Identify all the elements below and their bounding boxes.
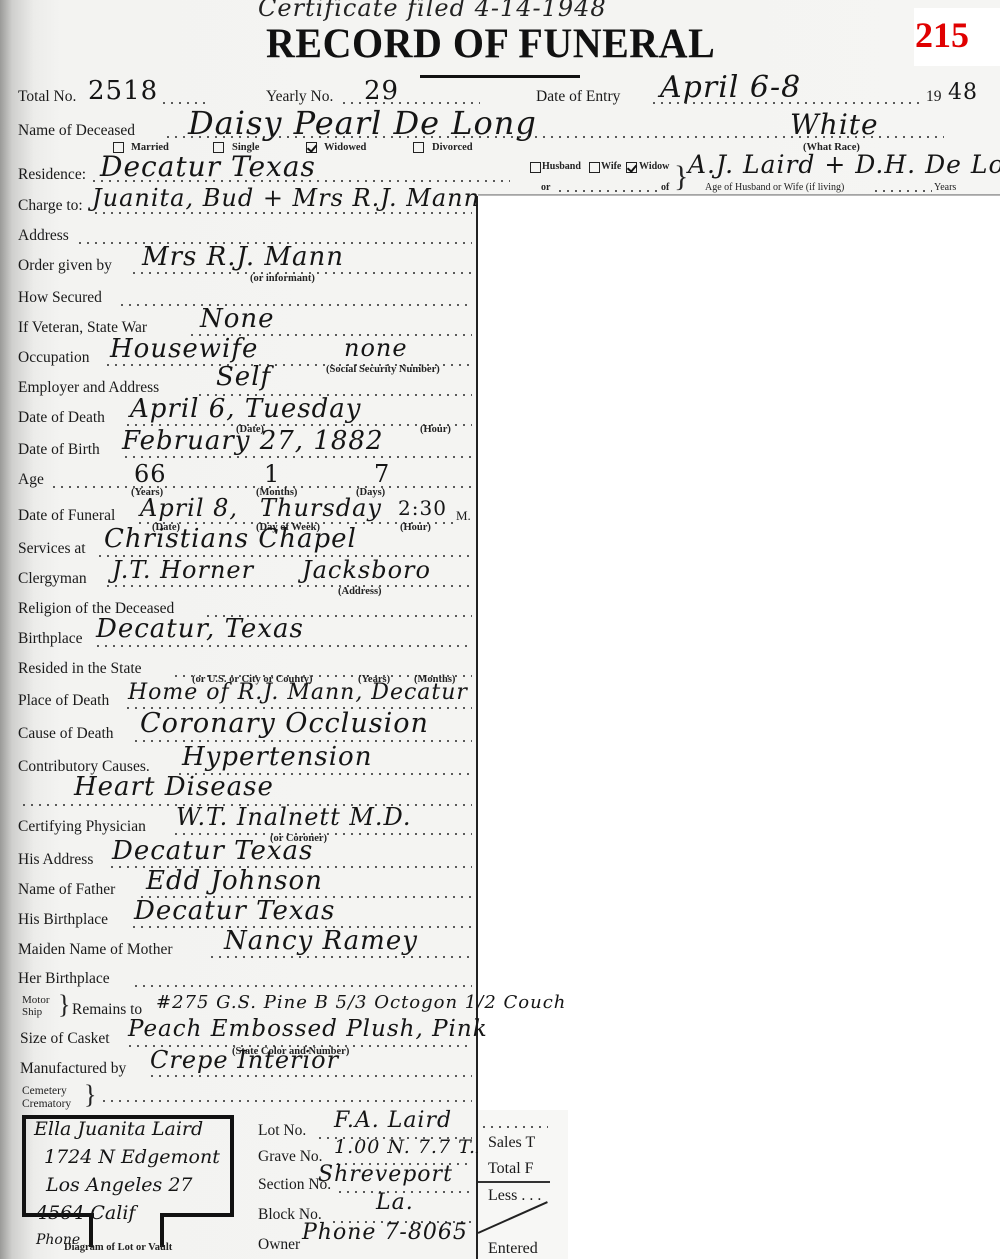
column-divider — [476, 196, 478, 1259]
manufactured-by-value: Crepe Interior — [150, 1046, 339, 1074]
grave-no-value: 1.00 N. 7.7 T.R. — [334, 1136, 498, 1158]
sales-tax-label: Sales T — [488, 1134, 535, 1152]
year-suffix: 48 — [948, 80, 978, 105]
diagram-caption: Diagram of Lot or Vault — [64, 1242, 172, 1253]
address-label: Address — [18, 227, 69, 245]
dotted-line — [100, 1100, 472, 1102]
dotted-line — [208, 956, 472, 958]
date-of-death-value: April 6, Tuesday — [130, 394, 361, 424]
dotted-line — [94, 645, 472, 647]
date-of-entry-label: Date of Entry — [536, 88, 620, 106]
widow-checkbox[interactable] — [626, 162, 637, 173]
crematory-label: Crematory — [22, 1098, 71, 1110]
ssn-value: none — [344, 334, 408, 362]
age-years: 66 — [134, 460, 167, 488]
race-value: White — [790, 108, 879, 141]
title-underline — [420, 75, 580, 78]
contributory-causes-value: Hypertension — [182, 742, 372, 772]
husband-label: Husband — [542, 161, 581, 172]
her-birthplace-label: Her Birthplace — [18, 970, 110, 988]
wife-checkbox[interactable] — [589, 162, 600, 173]
contributory-causes-value-2: Heart Disease — [74, 772, 274, 802]
informant-caption: (or informant) — [250, 273, 315, 284]
dotted-line — [92, 212, 472, 214]
diagram-line-4: 4564 Calif — [36, 1202, 135, 1224]
his-birthplace-value: Decatur Texas — [134, 896, 335, 926]
clergyman-address-caption: (Address) — [338, 586, 382, 597]
remains-to-value: #275 G.S. Pine B 5/3 Octogon 1/2 Couch — [156, 992, 566, 1013]
his-address-value: Decatur Texas — [112, 836, 313, 866]
age-months: 1 — [264, 460, 280, 488]
size-of-casket-value: Peach Embossed Plush, Pink — [128, 1016, 488, 1042]
dotted-line — [556, 190, 662, 192]
owner-value: Phone 7-8065 — [302, 1220, 468, 1245]
diagram-line-3: Los Angeles 27 — [46, 1174, 193, 1196]
date-of-funeral-label: Date of Funeral — [18, 507, 115, 525]
block-no-value: La. — [376, 1190, 414, 1215]
brace: } — [674, 160, 688, 194]
brace: } — [58, 990, 70, 1020]
funeral-hour-caption: (Hour) — [400, 522, 431, 533]
lot-no-label: Lot No. — [258, 1122, 306, 1140]
maiden-name-mother-label: Maiden Name of Mother — [18, 941, 173, 959]
charge-to-value: Juanita, Bud + Mrs R.J. Mann — [92, 184, 480, 212]
motor-label: Motor — [22, 994, 50, 1006]
certifying-physician-value: W.T. Inalnett M.D. — [176, 803, 412, 831]
cause-of-death-value: Coronary Occlusion — [140, 708, 429, 739]
date-of-death-label: Date of Death — [18, 409, 105, 427]
residence-value: Decatur Texas — [100, 150, 316, 183]
brace: } — [84, 1080, 96, 1110]
age-days: 7 — [374, 460, 390, 488]
funeral-m-label: M. — [456, 508, 471, 524]
residence-label: Residence: — [18, 166, 86, 184]
widowed-label: Widowed — [324, 142, 366, 153]
name-of-deceased-label: Name of Deceased — [18, 122, 135, 140]
charge-to-label: Charge to: — [18, 197, 83, 215]
dotted-line — [650, 102, 922, 104]
funeral-hour: 2:30 — [398, 496, 447, 520]
lot-no-value: F.A. Laird — [334, 1108, 452, 1133]
diagram-line-2: 1724 N Edgemont — [44, 1146, 220, 1168]
occupation-label: Occupation — [18, 349, 89, 367]
diagram-line-1: Ella Juanita Laird — [34, 1118, 203, 1140]
place-of-death-value: Home of R.J. Mann, Decatur — [128, 680, 468, 705]
dotted-line — [104, 585, 472, 587]
certifying-physician-label: Certifying Physician — [18, 818, 146, 836]
veteran-value: None — [200, 304, 275, 334]
or-label: or — [541, 182, 550, 193]
order-given-by-value: Mrs R.J. Mann — [142, 242, 344, 272]
right-column-strip — [478, 1110, 568, 1259]
spouse-age-caption: Age of Husband or Wife (if living) — [705, 182, 844, 193]
how-secured-label: How Secured — [18, 289, 102, 307]
birthplace-value: Decatur, Texas — [96, 614, 304, 644]
wife-label: Wife — [601, 161, 621, 172]
ssn-caption: (Social Security Number) — [326, 364, 440, 375]
years-label: Years — [934, 182, 956, 193]
death-hour-caption: (Hour) — [420, 424, 451, 435]
section-no-value: Shreveport — [318, 1162, 453, 1187]
maiden-name-mother-value: Nancy Ramey — [224, 926, 418, 956]
husband-checkbox[interactable] — [530, 162, 541, 173]
funeral-date: April 8, — [140, 494, 238, 522]
employer-value: Self — [216, 362, 271, 392]
size-of-casket-label: Size of Casket — [20, 1030, 110, 1048]
his-birthplace-label: His Birthplace — [18, 911, 108, 929]
total-label: Total F — [488, 1160, 534, 1178]
total-no-value: 2518 — [88, 76, 158, 106]
date-of-birth-label: Date of Birth — [18, 441, 100, 459]
his-address-label: His Address — [18, 851, 93, 869]
cemetery-label: Cemetery — [22, 1085, 67, 1097]
of-label: of — [661, 182, 669, 193]
services-at-label: Services at — [18, 540, 86, 558]
name-of-father-value: Edd Johnson — [146, 866, 323, 896]
rule — [478, 1181, 550, 1183]
less-label: Less . . . — [488, 1187, 541, 1205]
blank-right-panel — [478, 196, 1000, 1259]
order-given-by-label: Order given by — [18, 257, 112, 275]
widow-label: Widow — [639, 161, 669, 172]
age-label: Age — [18, 471, 44, 489]
clergyman-value: J.T. Horner — [112, 556, 254, 584]
owner-label: Owner — [258, 1236, 300, 1254]
divorced-label: Divorced — [432, 142, 473, 153]
clergyman-address: Jacksboro — [302, 556, 431, 584]
dotted-line — [122, 456, 472, 458]
birthplace-label: Birthplace — [18, 630, 83, 648]
dotted-line — [90, 180, 510, 182]
place-of-death-label: Place of Death — [18, 692, 109, 710]
dotted-line — [872, 190, 932, 192]
clergyman-label: Clergyman — [18, 570, 87, 588]
year-prefix: 19 — [926, 88, 942, 106]
dotted-line — [132, 985, 472, 987]
funeral-day: Thursday — [260, 494, 382, 522]
occupation-value: Housewife — [110, 334, 258, 364]
entered-label: Entered — [488, 1240, 538, 1258]
dotted-line — [148, 1075, 472, 1077]
ship-label: Ship — [22, 1006, 42, 1018]
dotted-line — [480, 1126, 548, 1128]
divorced-checkbox[interactable] — [413, 142, 424, 153]
dotted-line — [118, 304, 472, 306]
name-of-father-label: Name of Father — [18, 881, 115, 899]
date-of-entry-value: April 6-8 — [660, 70, 801, 105]
date-of-birth-value: February 27, 1882 — [122, 426, 384, 456]
manufactured-by-label: Manufactured by — [20, 1060, 126, 1078]
services-at-value: Christians Chapel — [104, 524, 357, 554]
total-no-label: Total No. — [18, 88, 76, 106]
cause-of-death-label: Cause of Death — [18, 725, 114, 743]
grave-no-label: Grave No. — [258, 1148, 323, 1166]
spouse-value: A.J. Laird + D.H. De Long — [688, 150, 1000, 179]
page-number: 215 — [915, 14, 969, 56]
resided-in-state-label: Resided in the State — [18, 660, 142, 678]
document-title: RECORD OF FUNERAL — [266, 19, 715, 68]
diagram-border — [160, 1213, 234, 1217]
